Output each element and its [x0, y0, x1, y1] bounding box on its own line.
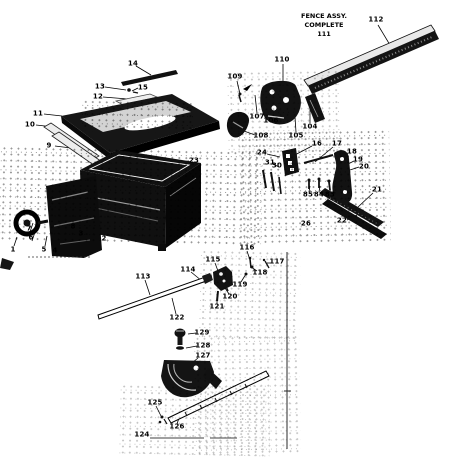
miter-rod-part113 — [98, 275, 212, 319]
part-label-116: 116 — [239, 245, 254, 252]
part-label-24: 24 — [257, 150, 267, 157]
part-label-5: 5 — [41, 247, 46, 254]
part-label-12: 12 — [93, 94, 103, 101]
part-label-20: 20 — [359, 164, 369, 171]
lock-knob-part129 — [175, 329, 186, 338]
part-label-6: 6 — [28, 235, 33, 242]
part-label-110: 110 — [274, 57, 289, 64]
part-label-21: 21 — [372, 187, 382, 194]
part-label-84: 84 — [314, 192, 324, 199]
part-label-15: 15 — [138, 85, 148, 92]
part-label-121: 121 — [209, 304, 224, 311]
page-fold-line — [284, 252, 291, 449]
part-label-124: 124 — [134, 432, 149, 439]
part-label-129: 129 — [194, 330, 209, 337]
part-label-9: 9 — [46, 143, 51, 150]
arrow-mark — [243, 84, 252, 91]
part-label-23: 23 — [189, 158, 199, 165]
part-label-2: 2 — [101, 236, 106, 243]
part-label-14: 14 — [128, 61, 138, 68]
caption-line-2: COMPLETE — [296, 21, 352, 30]
rip-fence-assembly — [227, 25, 439, 138]
part-label-26: 26 — [301, 221, 311, 228]
part-label-17: 17 — [332, 141, 342, 148]
part-label-8: 8 — [70, 224, 75, 231]
part-label-122: 122 — [169, 315, 184, 322]
part-label-85: 85 — [303, 192, 313, 199]
fence-pad-part104 — [305, 93, 325, 123]
part-label-114: 114 — [180, 267, 195, 274]
part-label-30: 30 — [272, 163, 282, 170]
caption-line-3: 111 — [296, 30, 352, 39]
exploded-view-drawing — [0, 0, 458, 458]
part-label-3: 3 — [78, 231, 83, 238]
part-label-1: 1 — [10, 247, 15, 254]
part-label-4: 4 — [52, 248, 57, 255]
part-label-127: 127 — [195, 353, 210, 360]
washer-part128 — [176, 346, 184, 350]
fence-assembly-caption: FENCE ASSY. COMPLETE 111 — [296, 12, 352, 38]
part-label-112: 112 — [368, 17, 383, 24]
part-label-106: 106 — [263, 118, 278, 125]
part-label-105: 105 — [288, 133, 303, 140]
guide-rod-part14 — [121, 70, 178, 86]
part-label-10: 10 — [25, 122, 35, 129]
screw-part13 — [127, 88, 131, 92]
part-label-16: 16 — [312, 141, 322, 148]
part-label-104: 104 — [302, 124, 317, 131]
stand-assembly — [0, 176, 102, 270]
part-label-22: 22 — [337, 218, 347, 225]
parts-diagram-page: FENCE ASSY. COMPLETE 111 141315121110923… — [0, 0, 458, 458]
caption-line-1: FENCE ASSY. — [296, 12, 352, 21]
pin-part125 — [161, 416, 164, 419]
part-label-13: 13 — [95, 84, 105, 91]
clamp-block-part115 — [213, 266, 233, 291]
part-label-83: 83 — [325, 192, 335, 199]
part-label-126: 126 — [169, 424, 184, 431]
part-label-119: 119 — [232, 282, 247, 289]
part-label-7: 7 — [26, 226, 31, 233]
part-label-11: 11 — [33, 111, 43, 118]
part-label-118: 118 — [252, 270, 267, 277]
spreader-rod-part17 — [304, 155, 333, 163]
part-label-128: 128 — [195, 343, 210, 350]
part-label-108: 108 — [253, 133, 268, 140]
part-label-113: 113 — [135, 274, 150, 281]
part-label-18: 18 — [347, 149, 357, 156]
part-label-107: 107 — [249, 114, 264, 121]
part-label-125: 125 — [147, 400, 162, 407]
part-label-120: 120 — [222, 294, 237, 301]
part-label-109: 109 — [227, 74, 242, 81]
part-label-115: 115 — [205, 257, 220, 264]
part-label-117: 117 — [269, 259, 284, 266]
